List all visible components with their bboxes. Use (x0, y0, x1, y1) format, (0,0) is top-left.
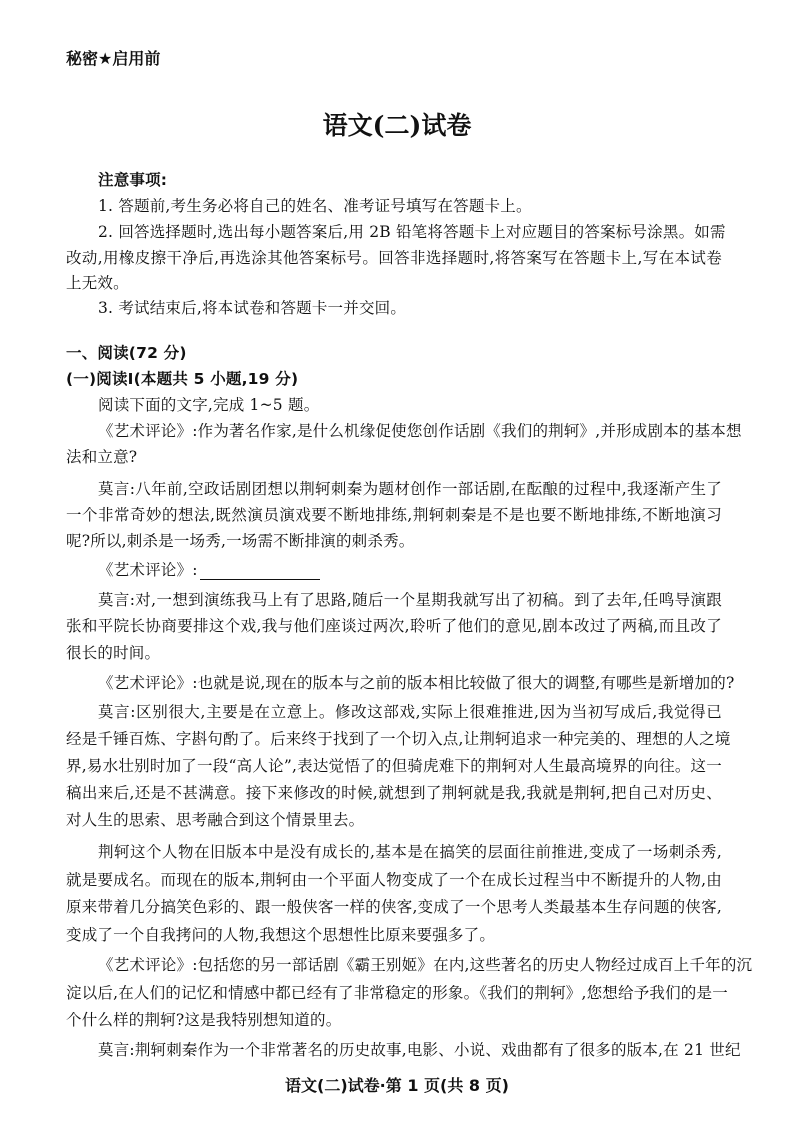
exam-title: 语文(二)试卷 (0, 106, 794, 142)
passage-line: 淀以后,在人们的记忆和情感中都已经有了非常稳定的形象。《我们的荆轲》,您想给予我… (66, 983, 722, 1003)
notice-item-1: 1. 答题前,考生务必将自己的姓名、准考证号填写在答题卡上。 (98, 196, 722, 216)
passage-line: 稿出来后,还是不甚满意。接下来修改的时候,就想到了荆轲就是我,我就是荆轲,把自己… (66, 783, 722, 803)
notice-item-3: 3. 考试结束后,将本试卷和答题卡一并交回。 (98, 298, 722, 318)
passage-line: 莫言:对,一想到演练我马上有了思路,随后一个星期我就写出了初稿。到了去年,任鸣导… (98, 590, 722, 610)
passage-line: 原来带着几分搞笑色彩的、跟一般侠客一样的侠客,变成了一个思考人类最基本生存问题的… (66, 897, 722, 917)
notice-heading: 注意事项: (98, 170, 722, 190)
passage-line: 莫言:荆轲刺秦作为一个非常著名的历史故事,电影、小说、戏曲都有了很多的版本,在 … (98, 1040, 722, 1060)
answer-blank[interactable] (200, 565, 320, 580)
section-subheading: (一)阅读Ⅰ(本题共 5 小题,19 分) (66, 369, 722, 389)
passage-line: 《艺术评论》:作为著名作家,是什么机缘促使您创作话剧《我们的荆轲》,并形成剧本的… (98, 421, 722, 441)
passage-line: 经是千锤百炼、字斟句酌了。后来终于找到了一个切入点,让荆轲追求一种完美的、理想的… (66, 729, 722, 749)
page-footer: 语文(二)试卷·第 1 页(共 8 页) (0, 1073, 794, 1096)
passage-line: 《艺术评论》:也就是说,现在的版本与之前的版本相比较做了很大的调整,有哪些是新增… (98, 673, 722, 693)
section-instruction: 阅读下面的文字,完成 1~5 题。 (98, 395, 722, 415)
passage-line: 就是要成名。而现在的版本,荆轲由一个平面人物变成了一个在成长过程当中不断提升的人… (66, 870, 722, 890)
passage-line: 个什么样的荆轲?这是我特别想知道的。 (66, 1010, 722, 1030)
passage-line: 莫言:八年前,空政话剧团想以荆轲刺秦为题材创作一部话剧,在酝酿的过程中,我逐渐产… (98, 479, 722, 499)
passage-line: 对人生的思索、思考融合到这个情景里去。 (66, 810, 722, 830)
passage-line: 法和立意? (66, 447, 722, 467)
passage-line: 呢?所以,刺杀是一场秀,一场需不断排演的刺杀秀。 (66, 531, 722, 551)
passage-line: 莫言:区别很大,主要是在立意上。修改这部戏,实际上很难推进,因为当初写成后,我觉… (98, 702, 722, 722)
notice-item-2: 2. 回答选择题时,选出每小题答案后,用 2B 铅笔将答题卡上对应题目的答案标号… (98, 222, 722, 242)
confidential-label: 秘密★启用前 (66, 46, 160, 69)
passage-line: 界,易水壮别时加了一段“高人论”,表达觉悟了的但骑虎难下的荆轲对人生最高境界的向… (66, 756, 722, 776)
notice-item-2-end: 上无效。 (66, 273, 722, 293)
passage-line: 一个非常奇妙的想法,既然演员演戏要不断地排练,荆轲刺秦是不是也要不断地排练,不断… (66, 505, 722, 525)
passage-line: 荆轲这个人物在旧版本中是没有成长的,基本是在搞笑的层面往前推进,变成了一场刺杀秀… (98, 842, 722, 862)
passage-line: 张和平院长协商要排这个戏,我与他们座谈过两次,聆听了他们的意见,剧本改过了两稿,… (66, 616, 722, 636)
question-blank-line: 《艺术评论》: (98, 560, 722, 580)
passage-line: 《艺术评论》:包括您的另一部话剧《霸王别姬》在内,这些著名的历史人物经过成百上千… (98, 955, 722, 975)
blank-prompt: 《艺术评论》: (98, 561, 198, 579)
passage-line: 很长的时间。 (66, 643, 722, 663)
passage-line: 变成了一个自我拷问的人物,我想这个思想性比原来要强多了。 (66, 925, 722, 945)
notice-item-2-cont: 改动,用橡皮擦干净后,再选涂其他答案标号。回答非选择题时,将答案写在答题卡上,写… (66, 248, 722, 268)
section-heading: 一、阅读(72 分) (66, 343, 722, 363)
